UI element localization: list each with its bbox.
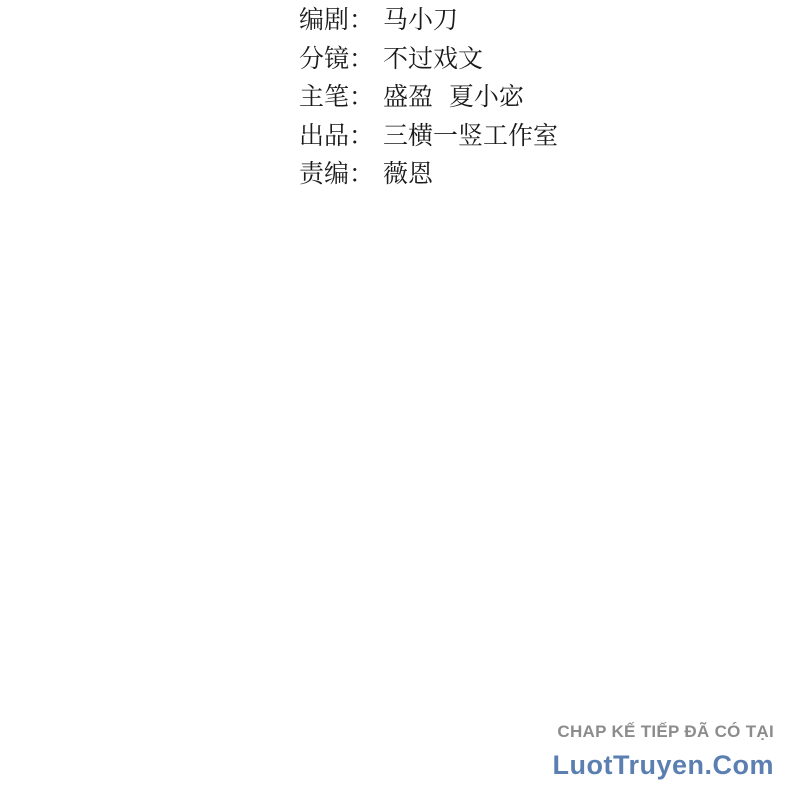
credit-row-screenwriter: 编剧： 马小刀 <box>299 1 558 40</box>
credit-row-producer: 出品： 三横一竖工作室 <box>299 117 558 156</box>
credit-row-lead-artist: 主笔： 盛盈 夏小宓 <box>299 78 558 117</box>
watermark-site-link[interactable]: LuotTruyen.Com <box>553 750 775 781</box>
credit-label: 出品： <box>299 117 383 156</box>
credit-value: 三横一竖工作室 <box>383 117 558 156</box>
credit-value: 盛盈 夏小宓 <box>383 78 524 117</box>
credits-block: 编剧： 马小刀 分镜： 不过戏文 主笔： 盛盈 夏小宓 出品： 三横一竖工作室 … <box>299 1 558 194</box>
credit-row-editor: 责编： 薇恩 <box>299 155 558 194</box>
credit-value: 薇恩 <box>383 155 433 194</box>
credit-value: 马小刀 <box>383 1 458 40</box>
credit-row-storyboard: 分镜： 不过戏文 <box>299 40 558 79</box>
credit-label: 编剧： <box>299 1 383 40</box>
credit-label: 分镜： <box>299 40 383 79</box>
credit-label: 责编： <box>299 155 383 194</box>
credit-label: 主笔： <box>299 78 383 117</box>
credit-value: 不过戏文 <box>383 40 483 79</box>
watermark-next-chapter-text: CHAP KẾ TIẾP ĐÃ CÓ TẠI <box>553 722 775 742</box>
watermark: CHAP KẾ TIẾP ĐÃ CÓ TẠI LuotTruyen.Com <box>553 722 775 781</box>
